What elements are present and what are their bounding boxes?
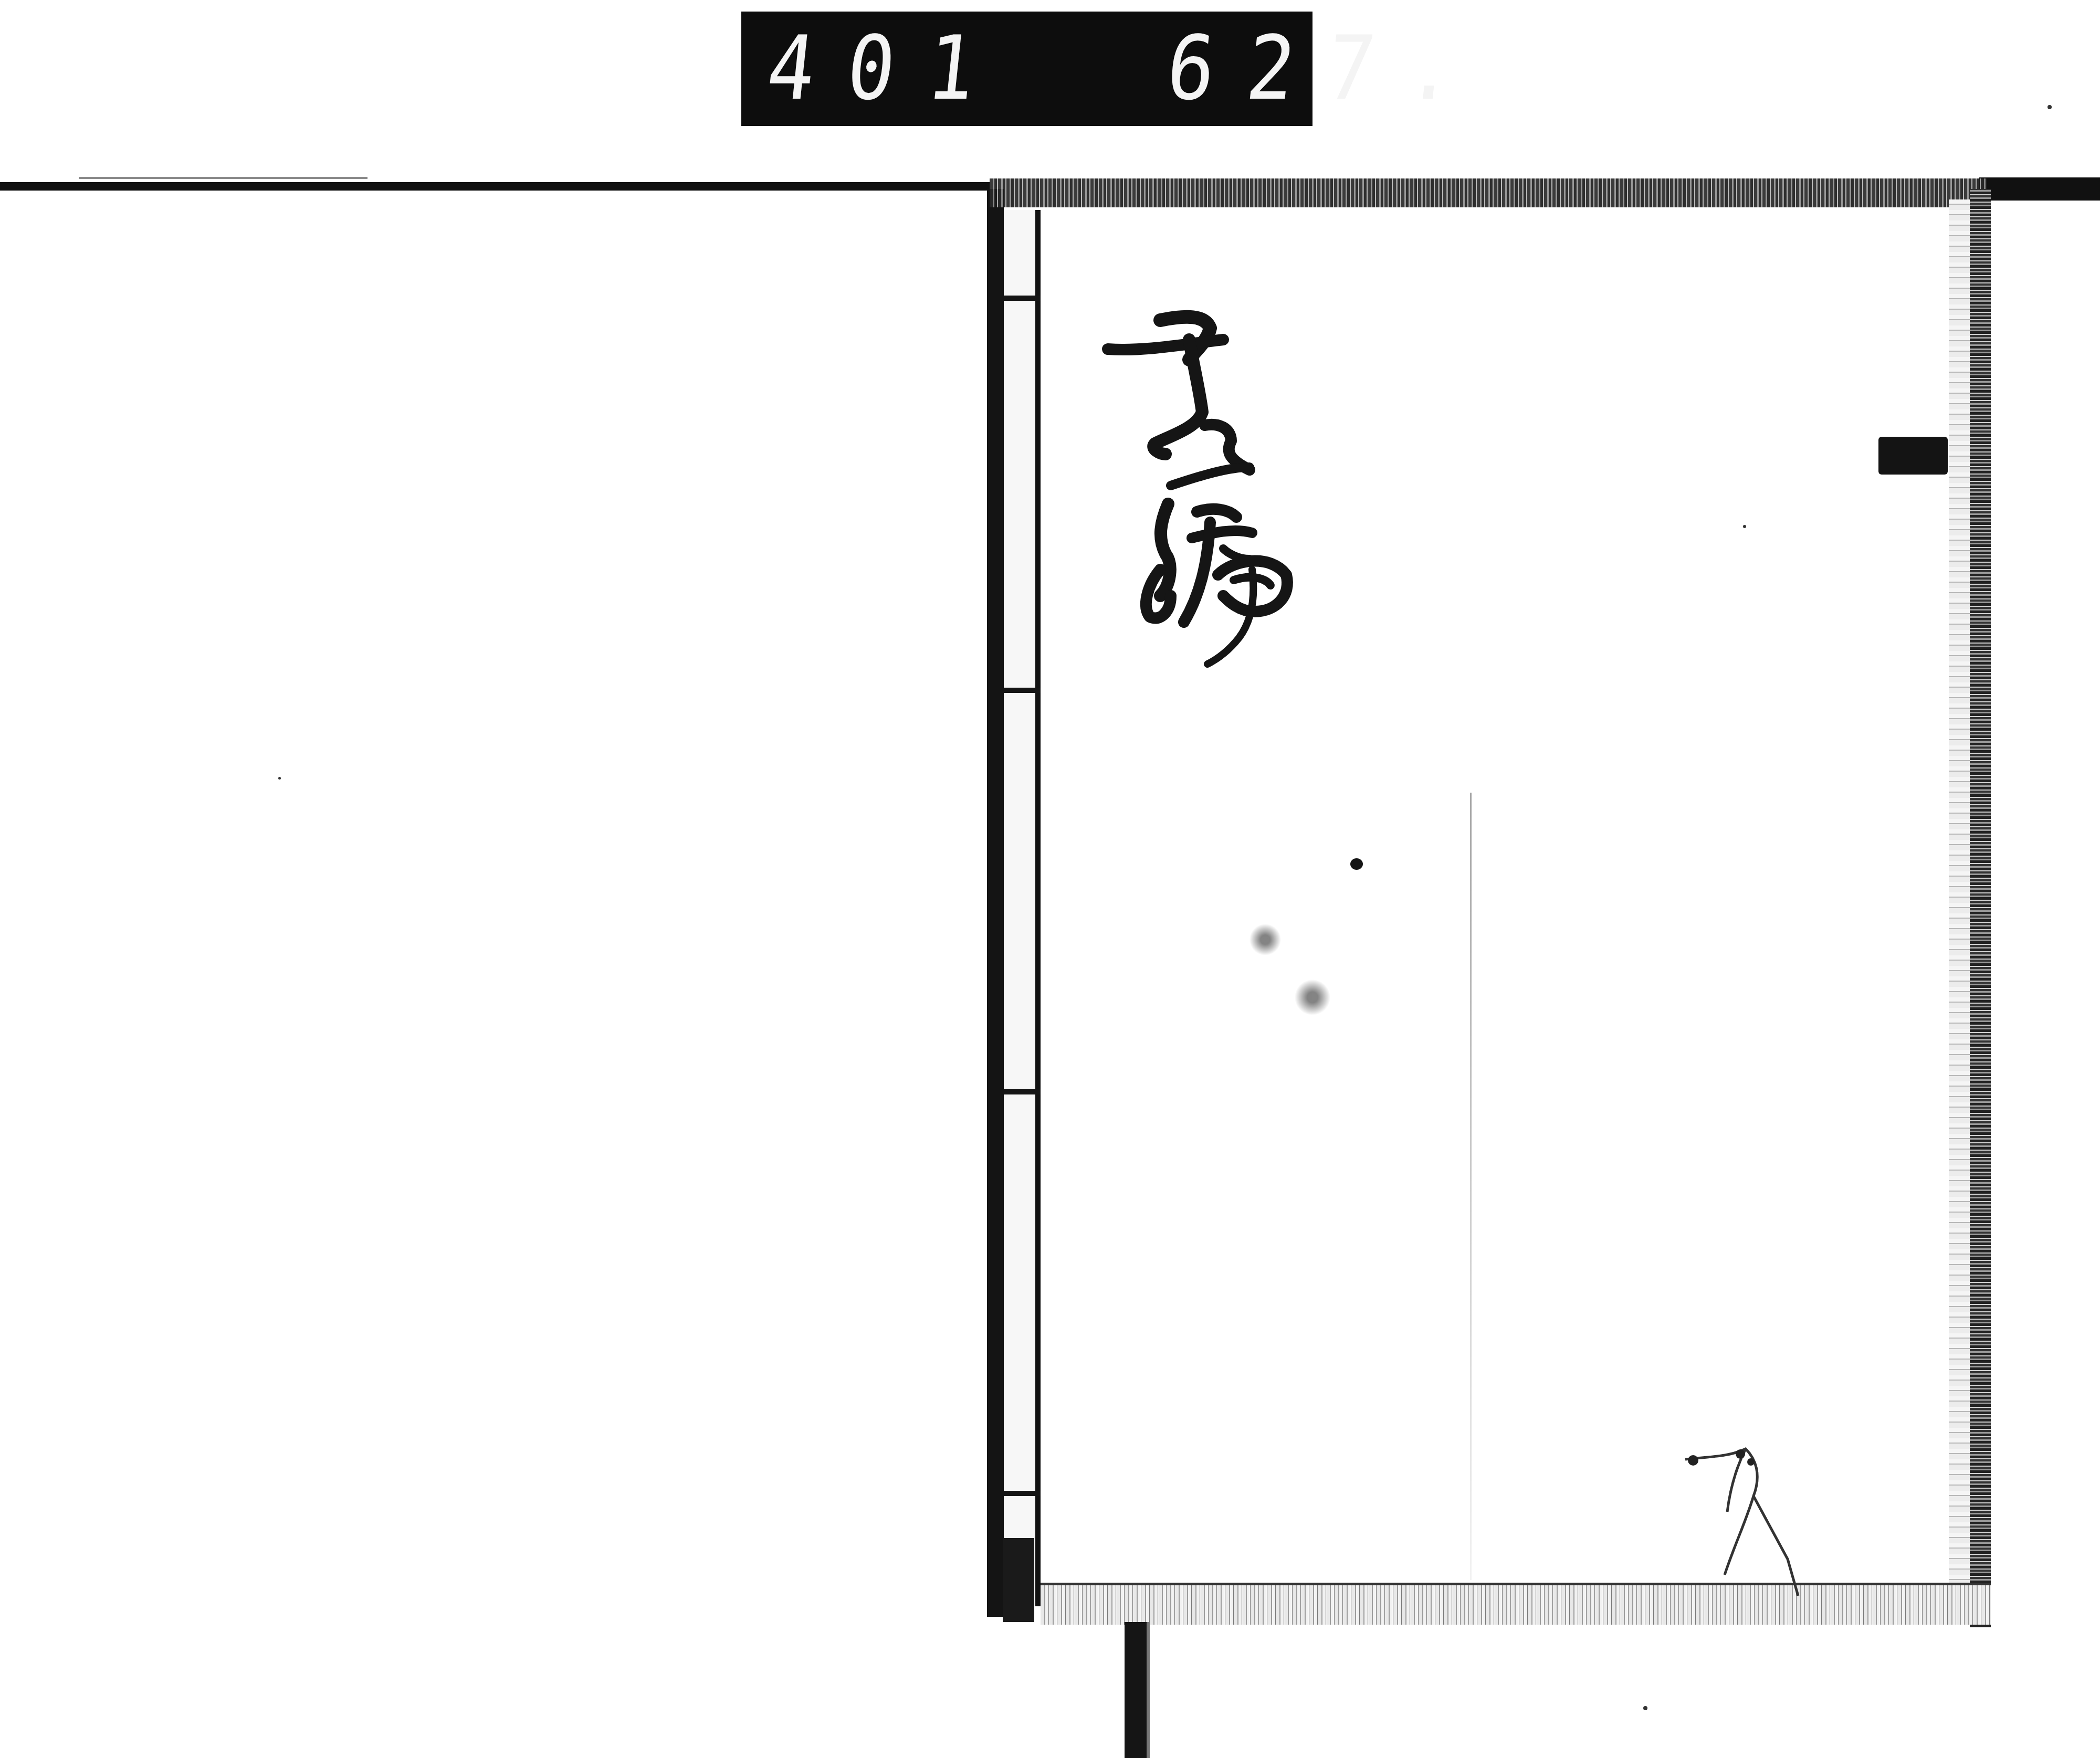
top-rule-right	[1979, 177, 2100, 201]
book-bottom-edge	[1041, 1583, 1991, 1625]
book-top-edge	[990, 178, 1987, 207]
scan-page: 401 627.	[0, 0, 2100, 1758]
torn-corner-damage	[1677, 1438, 1814, 1596]
cover-title	[1081, 302, 1302, 732]
stand-post	[1125, 1622, 1150, 1758]
frame-number-text: 401 627.	[763, 25, 1492, 113]
binding-stitch	[1004, 1491, 1041, 1496]
binding-stitch	[1004, 1089, 1041, 1094]
ink-stain	[1350, 858, 1363, 870]
scan-speck	[1743, 525, 1746, 528]
binding-stitch	[1004, 688, 1041, 693]
binding-strip	[1004, 210, 1041, 1606]
page-edges	[1949, 199, 1970, 1617]
spine-foot	[1003, 1538, 1034, 1622]
foxing-stain	[1291, 976, 1333, 1018]
black-label-tab	[1878, 437, 1948, 475]
frame-number-label: 401 627.	[741, 12, 1312, 126]
calligraphy-strokes	[1081, 302, 1302, 732]
scan-speck	[278, 777, 281, 780]
book-spine	[987, 189, 1004, 1617]
cover-crease	[1470, 793, 1472, 1580]
book-right-edge	[1970, 189, 1991, 1627]
scan-speck	[2047, 105, 2052, 109]
binding-stitch	[1004, 296, 1041, 301]
scan-speck	[1643, 1706, 1647, 1710]
faint-rule	[79, 177, 367, 179]
top-rule-left	[0, 182, 990, 191]
foxing-stain	[1244, 924, 1286, 955]
